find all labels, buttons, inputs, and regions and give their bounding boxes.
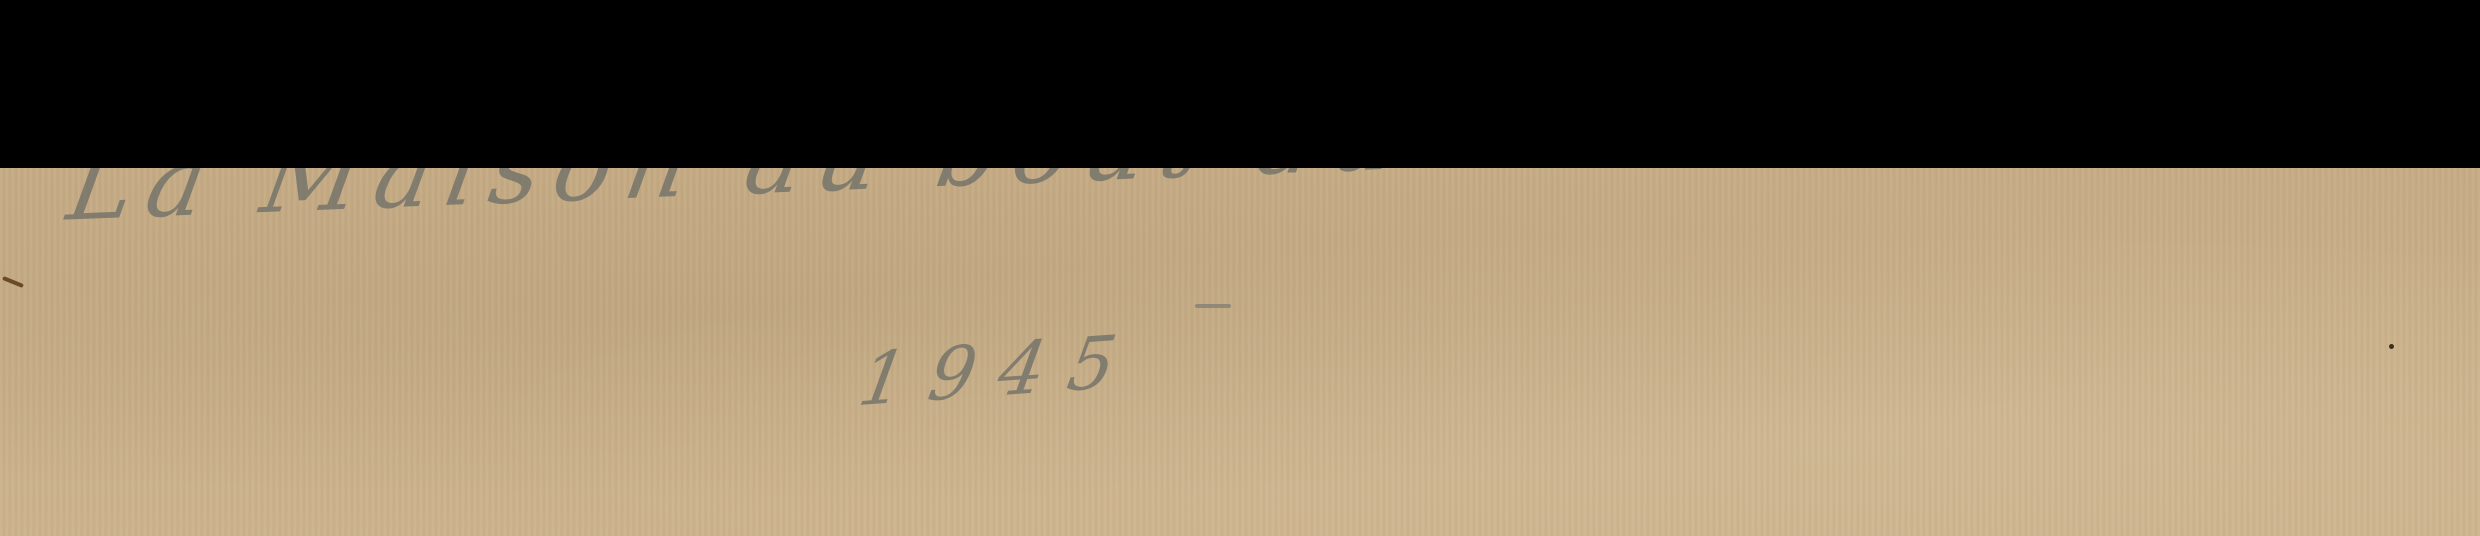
scan-frame: La Maison au bout du chemin 1945 [0, 0, 2480, 536]
black-top-band [0, 0, 2480, 168]
handwritten-title: La Maison au bout du chemin [61, 168, 1904, 243]
pencil-dash [1195, 304, 1231, 308]
handwritten-year: 1945 [853, 318, 1147, 423]
ink-speck-right [2389, 344, 2394, 349]
ink-speck-left [2, 276, 24, 288]
paper-sheet: La Maison au bout du chemin 1945 [0, 168, 2480, 536]
